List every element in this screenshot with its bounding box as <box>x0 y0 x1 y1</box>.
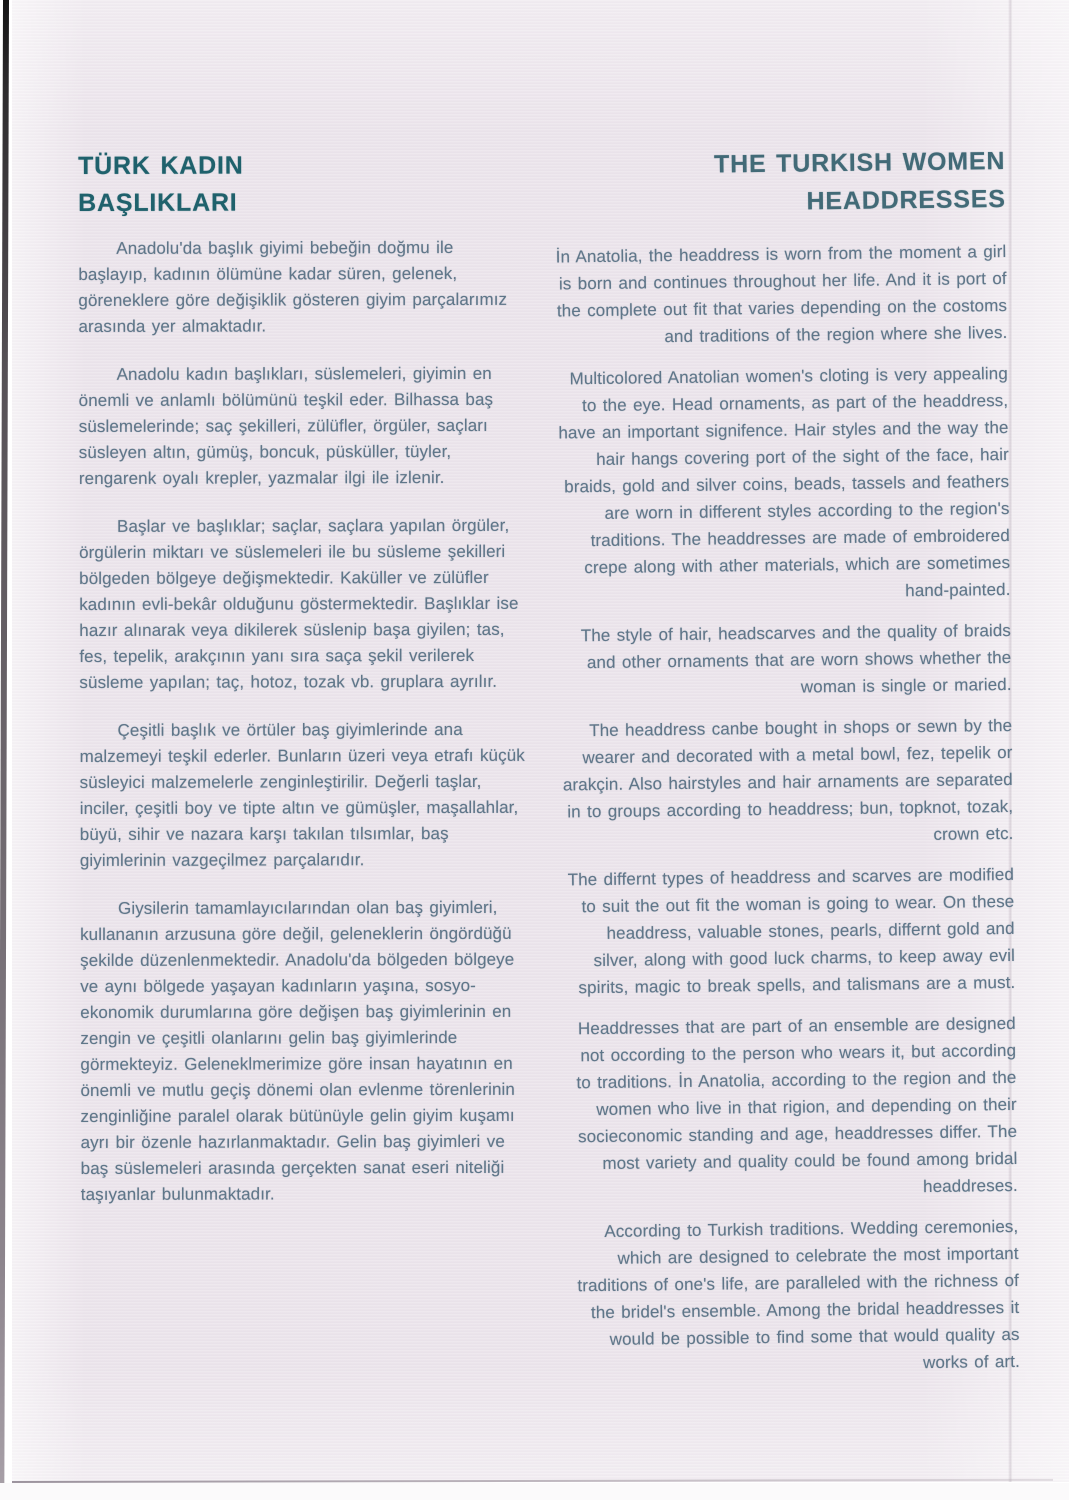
english-paragraph: The style of hair, headscarves and the q… <box>559 617 1012 704</box>
english-paragraph: According to Turkish traditions. Wedding… <box>566 1213 1020 1381</box>
turkish-paragraph: Giysilerin tamamlayıcılarından olan baş … <box>80 895 531 1208</box>
scan-background-bottom <box>0 1483 1069 1500</box>
english-column: THE TURKISH WOMEN HEADDRESSES İn Anatoli… <box>553 142 1020 1394</box>
turkish-title-line1: TÜRK KADIN <box>78 147 528 185</box>
turkish-paragraph: Anadolu kadın başlıkları, süslemeleri, g… <box>79 361 529 492</box>
scanned-page: TÜRK KADIN BAŞLIKLARI Anadolu'da başlık … <box>0 0 1069 1500</box>
english-title-line2: HEADDRESSES <box>553 180 1005 224</box>
english-paragraph: The headdress canbe bought in shops or s… <box>560 712 1014 853</box>
english-paragraph: Multicolored Anatolian women's cloting i… <box>556 360 1011 609</box>
english-paragraph: Headdresses that are part of an ensemble… <box>564 1010 1018 1205</box>
turkish-paragraph: Başlar ve başlıklar; saçlar, saçlara yap… <box>79 513 529 696</box>
turkish-paragraph: Anadolu'da başlık giyimi bebeğin doğmu i… <box>78 235 528 340</box>
english-title-line1: THE TURKISH WOMEN <box>553 142 1005 186</box>
turkish-title-line2: BAŞLIKLARI <box>78 184 528 222</box>
turkish-title: TÜRK KADIN BAŞLIKLARI <box>78 147 528 222</box>
turkish-paragraph: Çeşitli başlık ve örtüler baş giyimlerin… <box>79 717 529 874</box>
english-paragraph: İn Anatolia, the headdress is worn from … <box>554 238 1007 352</box>
page-edge-shadow-left <box>0 0 9 1486</box>
turkish-column: TÜRK KADIN BAŞLIKLARI Anadolu'da başlık … <box>78 147 531 1230</box>
english-title: THE TURKISH WOMEN HEADDRESSES <box>553 142 1006 224</box>
english-paragraph: The differnt types of headdress and scar… <box>562 861 1016 1002</box>
